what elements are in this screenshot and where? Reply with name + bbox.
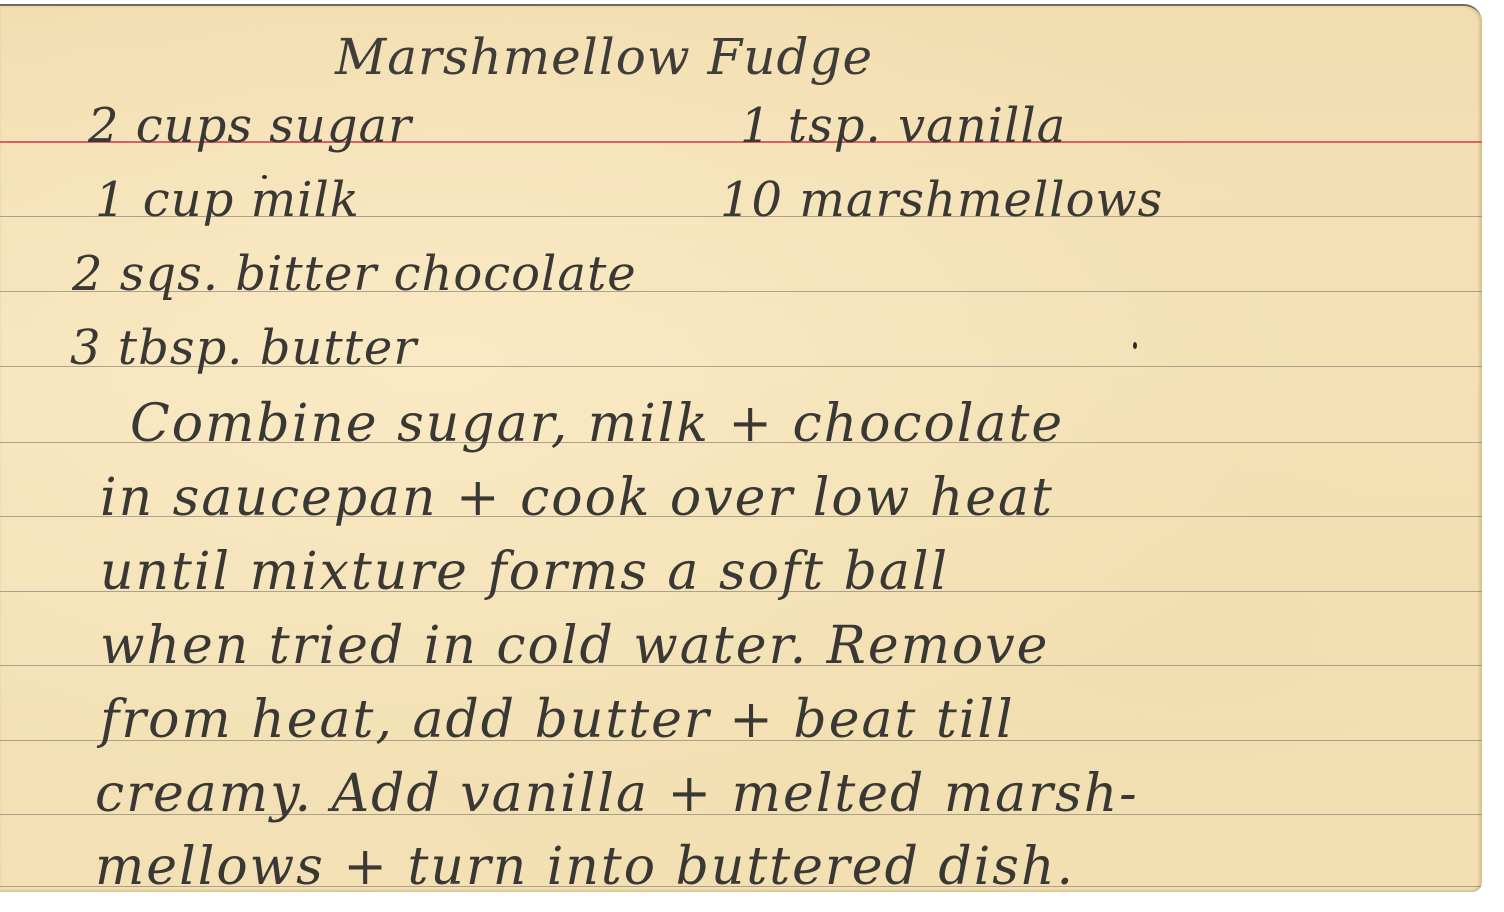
ink-spot (262, 175, 267, 179)
ink-spot (1133, 342, 1137, 349)
ingredient-vanilla: 1 tsp. vanilla (740, 102, 1066, 150)
direction-line: creamy. Add vanilla + melted marsh- (95, 768, 1139, 820)
direction-line: Combine sugar, milk + chocolate (130, 398, 1064, 450)
direction-line: mellows + turn into buttered dish. (95, 841, 1075, 892)
ingredient-sugar: 2 cups sugar (88, 102, 412, 150)
ingredient-butter: 3 tbsp. butter (70, 324, 417, 372)
ingredient-milk: 1 cup milk (95, 176, 360, 224)
recipe-card: Marshmellow Fudge 2 cups sugar 1 cup mil… (0, 4, 1482, 892)
direction-line: until mixture forms a soft ball (100, 546, 949, 598)
ingredient-marshmellows: 10 marshmellows (720, 176, 1163, 224)
direction-line: in saucepan + cook over low heat (100, 472, 1054, 524)
direction-line: when tried in cold water. Remove (100, 620, 1049, 672)
recipe-title: Marshmellow Fudge (335, 32, 873, 82)
direction-line: from heat, add butter + beat till (100, 694, 1015, 746)
ingredient-chocolate: 2 sqs. bitter chocolate (72, 250, 637, 298)
